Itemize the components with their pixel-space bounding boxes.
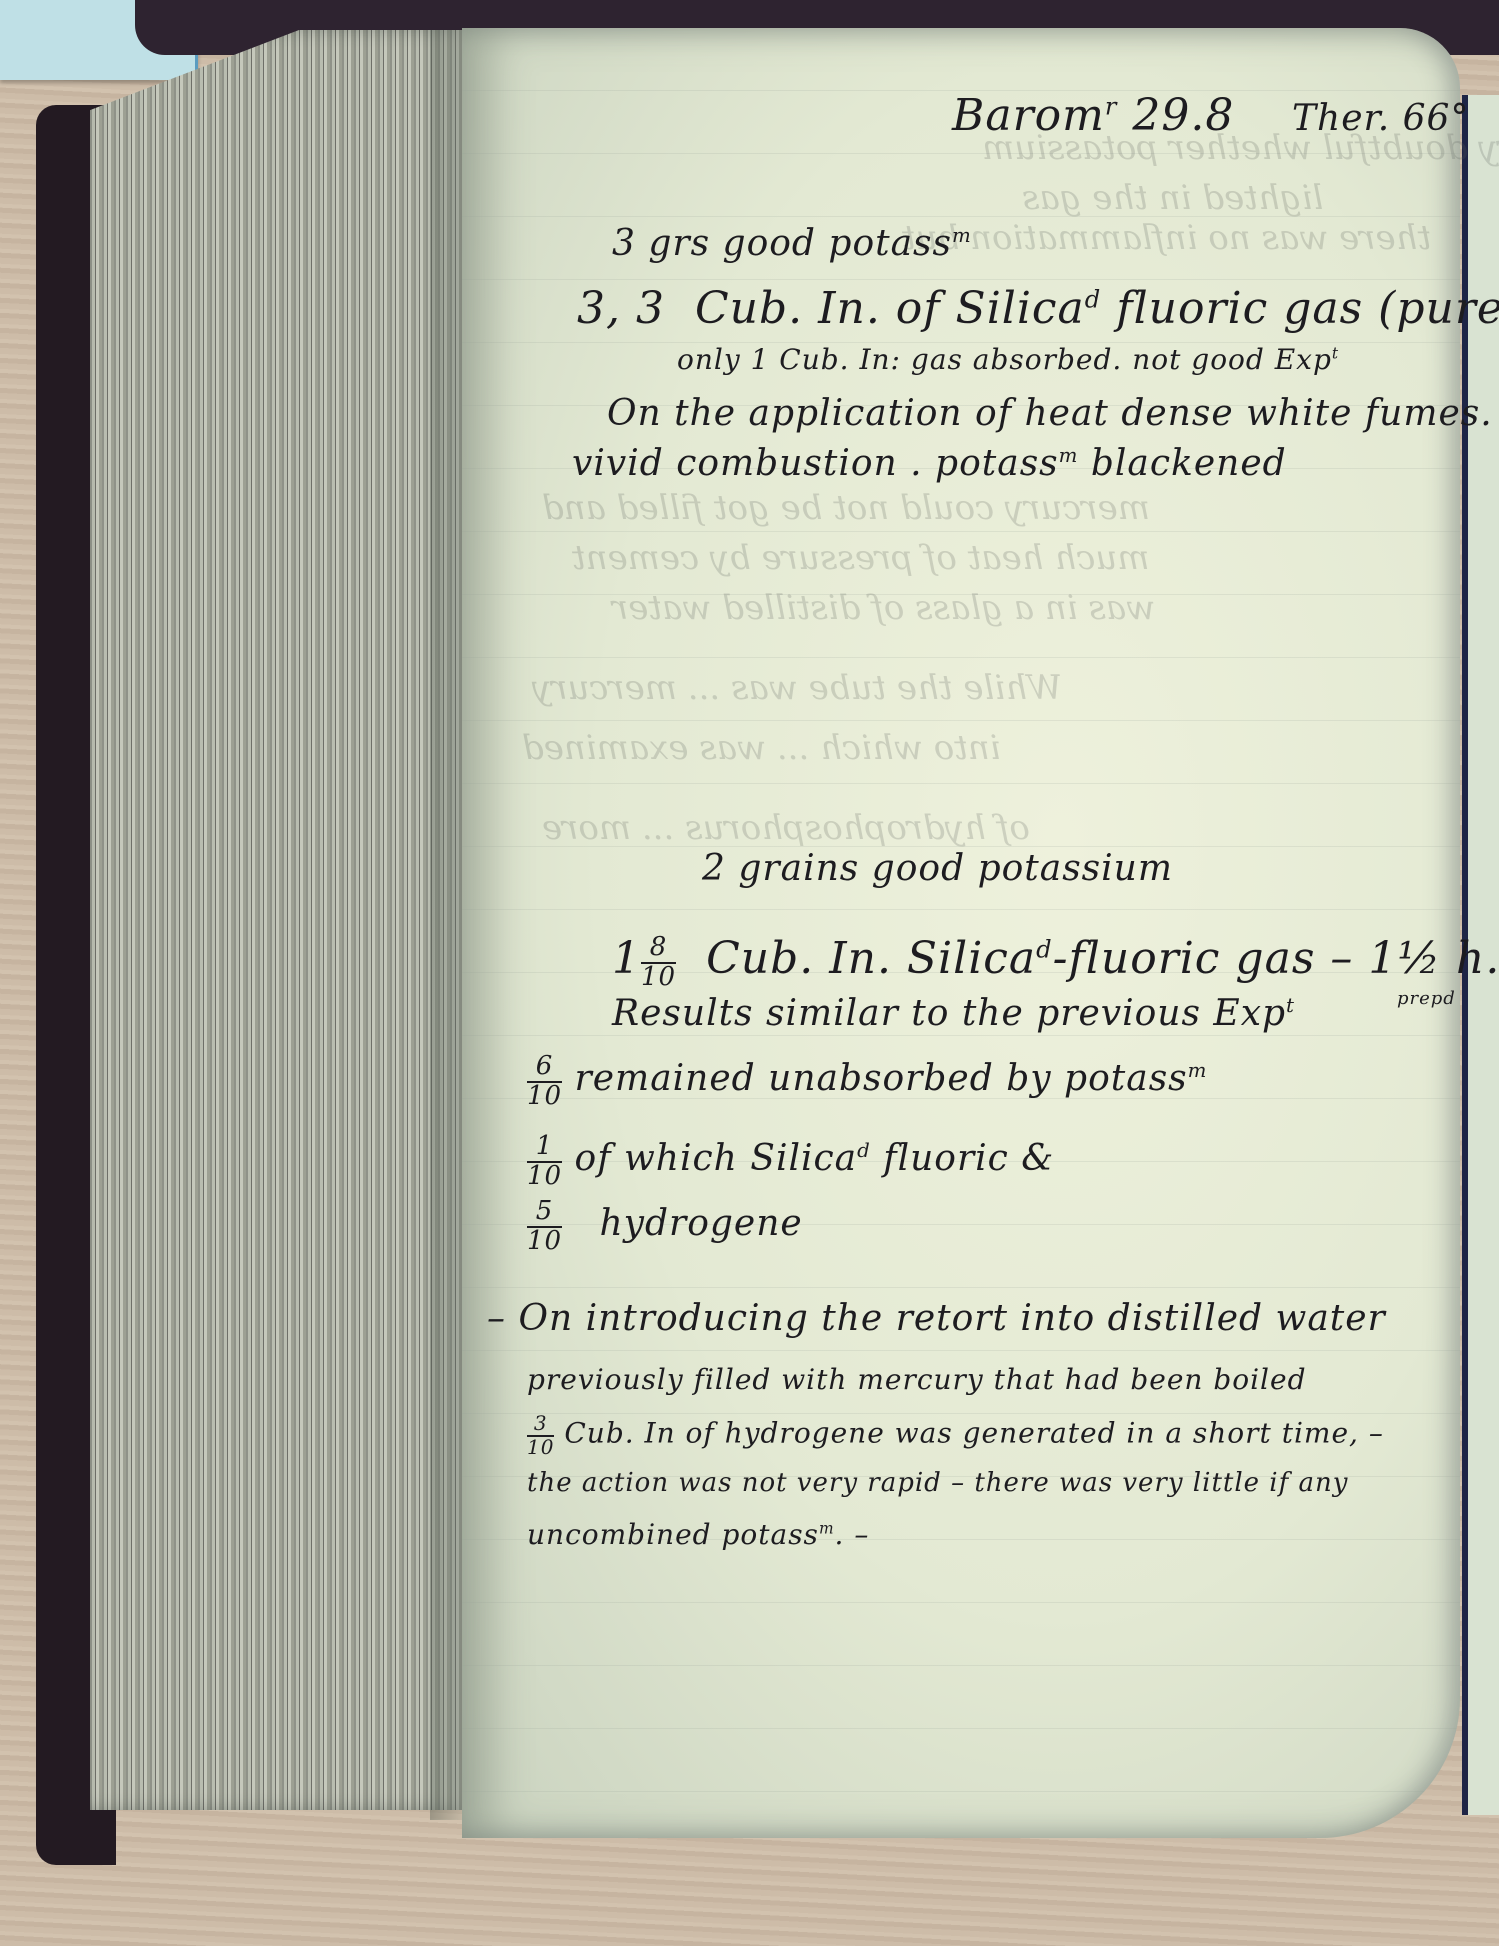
ghost-text: into which ... was examined [522, 728, 1001, 768]
entry3-line2: previously filled with mercury that had … [527, 1363, 1307, 1396]
ghost-text: there was no inflammation but [902, 218, 1431, 258]
entry2-line1: 2 grains good potassium [702, 848, 1173, 889]
entry2-line6: 510 hydrogene [527, 1198, 803, 1254]
ghost-text: While the tube was ... mercury [532, 668, 1062, 708]
entry1-line2: 3, 3 Cub. In. of Silicad fluoric gas (pu… [577, 283, 1499, 334]
notebook-page: It is very doubtful whether potassium li… [462, 28, 1460, 1838]
ghost-text: much heat of pressure by cement [572, 538, 1150, 578]
entry1-line4: On the application of heat dense white f… [607, 393, 1493, 434]
entry1-line1: 3 grs good potassm [612, 223, 972, 264]
page-edges-stack [90, 30, 470, 1810]
entry2-line3: Results similar to the previous Expt [612, 993, 1295, 1034]
entry3-line1: – On introducing the retort into distill… [487, 1298, 1386, 1339]
ghost-text: was in a glass of distilled water [612, 588, 1155, 628]
barometer-reading: Baromr 29.8 [952, 90, 1234, 141]
entry2-line5: 110 of which Silicad fluoric & [527, 1133, 1054, 1189]
thermometer-reading: Ther. 66° [1292, 98, 1469, 139]
ghost-text: lighted in the gas [1022, 178, 1323, 218]
entry1-line5: vivid combustion . potassm blackened [572, 443, 1287, 484]
ghost-text: mercury could not be got filled and [542, 488, 1150, 528]
entry3-line3: 310 Cub. In of hydrogene was generated i… [527, 1413, 1384, 1457]
margin-note: prepd [1397, 988, 1456, 1009]
entry1-line3: only 1 Cub. In: gas absorbed. not good E… [677, 343, 1339, 376]
ghost-text: of hydrophosphorus ... more [542, 808, 1030, 848]
entry2-line2: 1810 Cub. In. Silicad-fluoric gas – 1½ h… [612, 933, 1499, 990]
entry2-line4: 610 remained unabsorbed by potassm [527, 1053, 1207, 1109]
entry3-line5: uncombined potassm. – [527, 1518, 869, 1551]
entry3-line4: the action was not very rapid – there wa… [527, 1468, 1348, 1498]
